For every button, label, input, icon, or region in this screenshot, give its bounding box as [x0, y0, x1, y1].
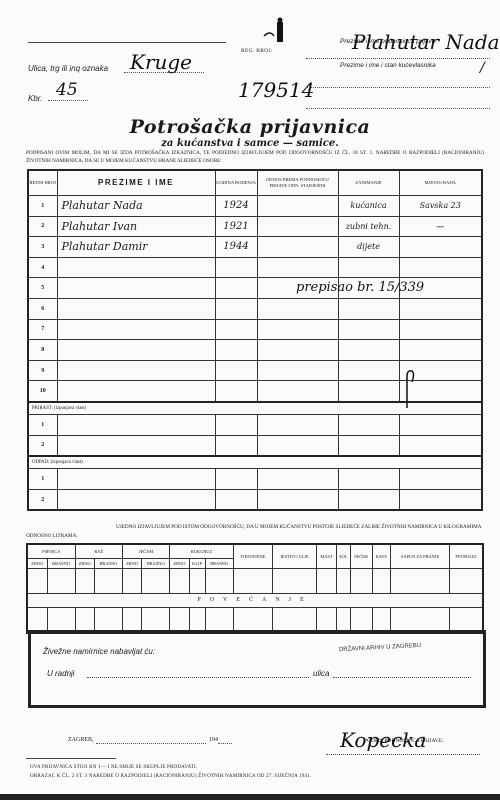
col-header-occupation: ZANIMANJE — [338, 170, 399, 196]
stock-cell[interactable] — [122, 569, 141, 594]
workplace-cell[interactable]: — — [399, 216, 482, 237]
relation-cell[interactable] — [257, 257, 338, 278]
relation-cell[interactable] — [257, 360, 338, 381]
occupation-cell[interactable]: kućanica — [338, 196, 399, 217]
workplace-cell[interactable]: Savska 23 — [399, 196, 482, 217]
name-cell[interactable] — [57, 278, 215, 299]
legal-note: OBRAZAC K ČL. 2 ST. 3 NAREDBE O RAZPODJE… — [30, 774, 311, 779]
stock-cell[interactable] — [205, 569, 233, 594]
price-note: OVA PRIJAVNICA STOJI KN 1— I NE SMIJE SE… — [30, 765, 197, 770]
occupation-cell[interactable] — [338, 360, 399, 381]
year-cell[interactable] — [215, 414, 257, 435]
house-number-line — [48, 100, 88, 101]
stock-values-row — [27, 569, 483, 594]
archive-stamp: DRŽAVNI ARHIV U ZAGREBU — [339, 643, 421, 653]
increase-row-header: POVEĆANJE — [27, 594, 483, 608]
occupation-cell[interactable] — [338, 319, 399, 340]
stock-sub-flour: BRAŠNO — [205, 559, 233, 569]
relation-cell[interactable] — [257, 196, 338, 217]
col-header-birth-year: GODINA RODENJA — [215, 170, 257, 196]
occupation-cell[interactable] — [338, 435, 399, 456]
name-cell[interactable]: Plahutar Nada — [57, 196, 215, 217]
relation-cell[interactable] — [257, 319, 338, 340]
stock-cell[interactable] — [372, 569, 391, 594]
top-rule — [28, 42, 226, 43]
stock-cell[interactable] — [27, 569, 47, 594]
table-row: 4 — [28, 257, 482, 278]
householder-line-1 — [306, 87, 490, 88]
occupation-cell[interactable] — [338, 489, 399, 510]
year-cell[interactable] — [215, 340, 257, 361]
stock-col-salt: SOL — [336, 544, 350, 569]
year-cell[interactable] — [215, 469, 257, 490]
shop-label: U radnji — [47, 669, 75, 678]
occupation-cell[interactable] — [338, 298, 399, 319]
stock-cell[interactable] — [336, 569, 350, 594]
col-header-name: PREZIME I IME — [57, 170, 215, 196]
row-number: 4 — [28, 257, 57, 278]
row-number: 2 — [28, 216, 57, 237]
stock-cell[interactable] — [75, 569, 94, 594]
occupation-cell[interactable] — [338, 469, 399, 490]
name-cell[interactable] — [57, 489, 215, 510]
row-number: 5 — [28, 278, 57, 299]
relation-cell[interactable] — [257, 298, 338, 319]
stock-declaration: UJEDNO IZJAVLJUJEM POD ISTOM ODGOVORNOŠĆ… — [26, 523, 484, 541]
table-row: 8 — [28, 340, 482, 361]
removals-label: ODPAD: (izpunjava vlast) — [28, 456, 482, 469]
occupation-cell[interactable] — [338, 257, 399, 278]
occupation-cell[interactable] — [338, 381, 399, 402]
bottom-edge — [0, 794, 500, 800]
name-cell[interactable] — [57, 414, 215, 435]
handwritten-mark-icon — [404, 368, 416, 410]
year-cell[interactable] — [215, 257, 257, 278]
reg-number-label: REG. BROJ: — [241, 48, 273, 54]
year-cell[interactable] — [215, 435, 257, 456]
stock-cell[interactable] — [350, 569, 372, 594]
name-cell[interactable] — [57, 360, 215, 381]
stock-cell[interactable] — [94, 569, 122, 594]
stock-cell[interactable] — [47, 569, 75, 594]
stock-sub-grain: ZRNO — [122, 559, 141, 569]
name-cell[interactable]: Plahutar Damir — [57, 237, 215, 258]
house-number-value[interactable]: 45 — [56, 80, 78, 100]
stock-col-kerosene: PETROLEJ — [449, 544, 483, 569]
stock-header-row-1: PŠENICA RAŽ JEČAM KUKURUZ TJESTENINE JES… — [27, 544, 483, 559]
household-members-table: REDNI BROJ PREZIME I IME GODINA RODENJA … — [27, 169, 483, 511]
householder-line-2 — [306, 108, 490, 109]
name-cell[interactable] — [57, 435, 215, 456]
occupation-cell[interactable]: zubni tehn. — [338, 216, 399, 237]
name-cell[interactable] — [57, 298, 215, 319]
supply-street-field[interactable] — [333, 677, 471, 678]
year-cell[interactable] — [215, 489, 257, 510]
handwritten-annotation: prepisao br. 15/339 — [296, 280, 424, 295]
stock-sub-flour: BRAŠNO — [47, 559, 75, 569]
col-header-relation: ODNOS PREMA PODNOSIOCU PRIJAVE ODN. STAR… — [257, 170, 338, 196]
reg-number-value[interactable]: 179514 — [238, 78, 314, 102]
name-cell[interactable] — [57, 381, 215, 402]
relation-cell[interactable] — [257, 489, 338, 510]
table-row: 3Plahutar Damir1944dijete — [28, 237, 482, 258]
year-cell[interactable] — [215, 298, 257, 319]
row-number: 8 — [28, 340, 57, 361]
stock-col-lard: MAST — [317, 544, 337, 569]
year-suffix: 194 — [209, 737, 218, 743]
stock-col-sugar: ŠEĆER — [350, 544, 372, 569]
food-stock-table: PŠENICA RAŽ JEČAM KUKURUZ TJESTENINE JES… — [26, 543, 484, 634]
workplace-cell[interactable] — [399, 340, 482, 361]
stock-cell[interactable] — [189, 569, 205, 594]
stock-col-oil: JESTIVO ULJE — [272, 544, 316, 569]
name-cell[interactable] — [57, 319, 215, 340]
coat-of-arms-icon — [262, 14, 286, 44]
name-cell[interactable] — [57, 257, 215, 278]
name-cell[interactable]: Plahutar Ivan — [57, 216, 215, 237]
occupation-cell[interactable] — [338, 340, 399, 361]
increase-label: POVEĆANJE — [27, 594, 483, 608]
stock-col-soap: SAPUN ZA PRANJE — [391, 544, 450, 569]
stock-group-rye: RAŽ — [75, 544, 122, 559]
applicant-line — [306, 58, 490, 59]
householder-value[interactable]: / — [480, 60, 485, 76]
row-number: 7 — [28, 319, 57, 340]
table-row: 6 — [28, 298, 482, 319]
row-number: 1 — [28, 414, 57, 435]
col-header-workplace: MJESTO RADA — [399, 170, 482, 196]
year-cell[interactable] — [215, 360, 257, 381]
relation-cell[interactable] — [257, 216, 338, 237]
stock-sub-flour: BRAŠNO — [94, 559, 122, 569]
householder-label: Prezime i ime i stan kućevlasnika — [340, 62, 436, 69]
signature-line — [326, 754, 480, 755]
relation-cell[interactable] — [257, 340, 338, 361]
stock-sub-grain: ZRNO — [75, 559, 94, 569]
row-number: 2 — [28, 489, 57, 510]
stock-sub-flour: BRAŠNO — [142, 559, 170, 569]
workplace-cell[interactable] — [399, 489, 482, 510]
row-number: 3 — [28, 237, 57, 258]
occupation-cell[interactable]: dijete — [338, 237, 399, 258]
removals-row: 2 — [28, 489, 482, 510]
relation-cell[interactable] — [257, 381, 338, 402]
shop-field[interactable] — [87, 677, 309, 678]
year-cell[interactable] — [215, 319, 257, 340]
relation-cell[interactable] — [257, 414, 338, 435]
stock-group-wheat: PŠENICA — [27, 544, 75, 559]
stock-sub-grain: ZRNO — [27, 559, 47, 569]
stock-cell[interactable] — [272, 569, 316, 594]
workplace-cell[interactable] — [399, 237, 482, 258]
removals-row: 1 — [28, 469, 482, 490]
row-number: 6 — [28, 298, 57, 319]
table-row: 1Plahutar Nada1924kućanicaSavska 23 — [28, 196, 482, 217]
workplace-cell[interactable] — [399, 469, 482, 490]
row-number: 10 — [28, 381, 57, 402]
street-value[interactable]: Kruge — [130, 50, 192, 74]
stock-cell[interactable] — [142, 569, 170, 594]
relation-cell[interactable] — [257, 469, 338, 490]
stock-group-corn: KUKURUZ — [170, 544, 233, 559]
stock-sub-cob: KLIP — [189, 559, 205, 569]
signature-value[interactable]: Kopecka — [340, 728, 426, 752]
table-row: 2Plahutar Ivan1921zubni tehn.— — [28, 216, 482, 237]
year-cell[interactable]: 1944 — [215, 237, 257, 258]
date-field[interactable] — [96, 743, 206, 744]
house-number-label: Kbr. — [28, 94, 42, 103]
stock-col-pasta: TJESTENINE — [233, 544, 272, 569]
relation-cell[interactable] — [257, 435, 338, 456]
form-subtitle: za kućanstva i samce — samice. — [0, 138, 500, 149]
stock-cell[interactable] — [317, 569, 337, 594]
name-cell[interactable] — [57, 469, 215, 490]
stock-cell[interactable] — [391, 569, 450, 594]
workplace-cell[interactable] — [399, 319, 482, 340]
occupation-cell[interactable] — [338, 414, 399, 435]
intro-declaration: PODPISANI OVIM MOLIM, DA MI SE IZDA POTR… — [26, 149, 484, 165]
workplace-cell[interactable] — [399, 257, 482, 278]
stock-cell[interactable] — [449, 569, 483, 594]
row-number: 1 — [28, 196, 57, 217]
relation-cell[interactable] — [257, 237, 338, 258]
stock-col-coffee: KAVA — [372, 544, 391, 569]
stock-sub-grain: ZRNO — [170, 559, 189, 569]
year-cell[interactable] — [215, 381, 257, 402]
supply-street-label: ulica — [313, 669, 329, 678]
stock-group-barley: JEČAM — [122, 544, 169, 559]
workplace-cell[interactable] — [399, 414, 482, 435]
workplace-cell[interactable] — [399, 435, 482, 456]
year-field[interactable] — [218, 743, 232, 744]
stock-cell[interactable] — [170, 569, 189, 594]
name-cell[interactable] — [57, 340, 215, 361]
supply-box: Živežne namirnice nabavljat ću: DRŽAVNI … — [28, 630, 486, 708]
applicant-value[interactable]: Plahutar Nada — [352, 30, 500, 54]
street-label: Ulica, trg ili inq oznaka — [28, 64, 108, 73]
supply-label: Živežne namirnice nabavljat ću: — [43, 647, 155, 656]
row-number: 2 — [28, 435, 57, 456]
place-label: ZAGREB, — [68, 737, 94, 743]
col-header-number: REDNI BROJ — [28, 170, 57, 196]
footer-rule — [26, 758, 116, 759]
workplace-cell[interactable] — [399, 298, 482, 319]
additions-row: 1 — [28, 414, 482, 435]
year-cell[interactable] — [215, 278, 257, 299]
year-cell[interactable]: 1921 — [215, 216, 257, 237]
row-number: 1 — [28, 469, 57, 490]
year-cell[interactable]: 1924 — [215, 196, 257, 217]
table-header-row: REDNI BROJ PREZIME I IME GODINA RODENJA … — [28, 170, 482, 196]
form-title: Potrošačka prijavnica — [0, 116, 500, 138]
additions-row: 2 — [28, 435, 482, 456]
removals-section-header: ODPAD: (izpunjava vlast) — [28, 456, 482, 469]
stock-cell[interactable] — [233, 569, 272, 594]
table-row: 7 — [28, 319, 482, 340]
row-number: 9 — [28, 360, 57, 381]
